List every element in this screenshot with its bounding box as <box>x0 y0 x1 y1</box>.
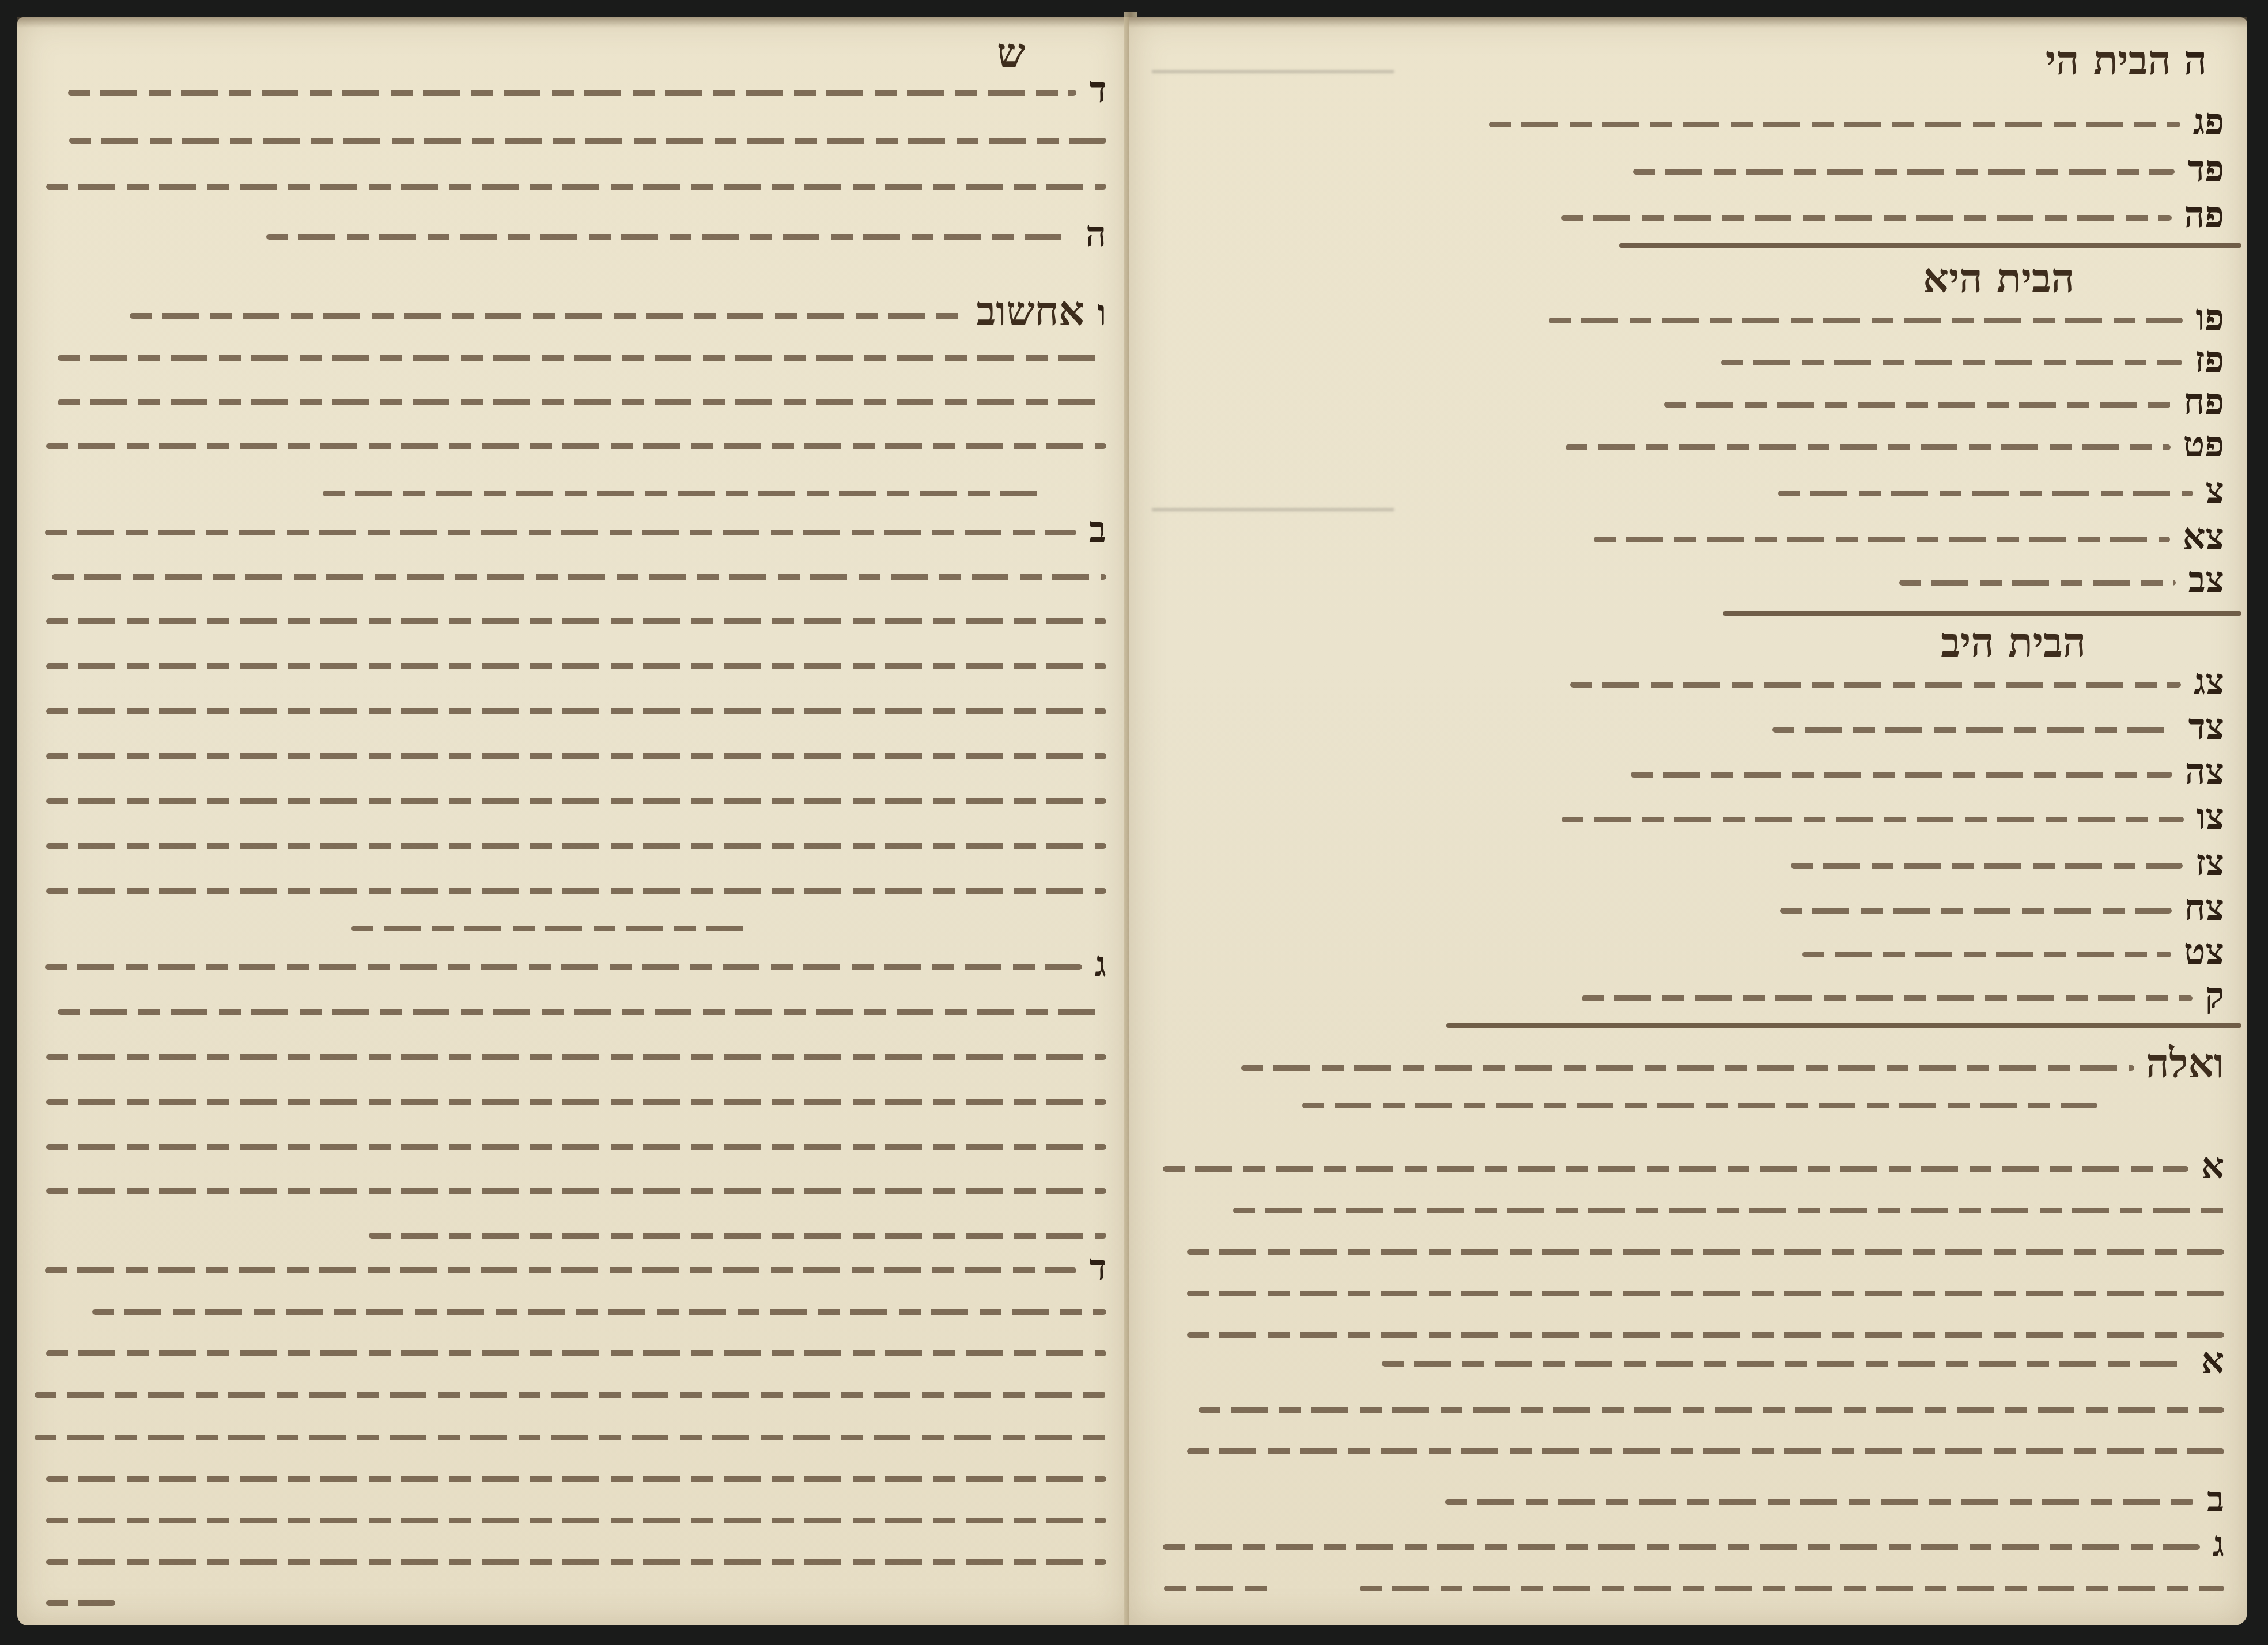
text-line <box>1187 1231 2224 1267</box>
text-line: ה <box>266 216 1106 252</box>
text-line: ג <box>1163 1526 2224 1562</box>
text-line <box>46 870 1106 906</box>
text-line <box>46 1036 1106 1072</box>
table-row: פח <box>1664 384 2224 420</box>
text-line <box>35 1374 1106 1410</box>
text-line <box>46 1333 1106 1368</box>
table-row: פז <box>1721 342 2224 378</box>
bleed-through: ──────────── <box>1152 490 1394 529</box>
text-line <box>46 1500 1106 1535</box>
table-row: צז <box>1791 845 2224 881</box>
text-line: א <box>1163 1148 2224 1184</box>
text-line <box>1187 1431 2224 1466</box>
text-line <box>46 601 1106 636</box>
text-line: ד <box>45 1250 1106 1285</box>
table-row: צט <box>1802 934 2224 969</box>
table-row: צא <box>1594 519 2224 554</box>
section-heading: הבית היב <box>1941 622 2086 663</box>
text-line <box>35 1417 1106 1452</box>
table-row: צח <box>1780 890 2224 926</box>
table-row: פג <box>1489 104 2224 139</box>
text-line <box>58 382 1106 417</box>
section-divider <box>1619 243 2241 248</box>
left-page: ש ד ה ואחשוב ב ג ד <box>17 17 1129 1625</box>
section-heading: ההבית הי <box>2046 40 2207 81</box>
table-row: צב <box>1899 562 2224 598</box>
text-line: א <box>1382 1343 2224 1379</box>
catchword <box>1164 1568 1268 1604</box>
text-line <box>1187 1273 2224 1308</box>
text-line <box>1360 1568 2224 1604</box>
text-line <box>351 908 755 944</box>
bold-first-word: אחשוב <box>977 287 1085 335</box>
catchword <box>46 1582 115 1618</box>
table-row: פט <box>1566 427 2224 462</box>
right-page: ──────────── ──────────── ההבית הי פג פד… <box>1129 17 2247 1625</box>
table-row: צ <box>1778 473 2224 508</box>
text-line <box>46 1126 1106 1162</box>
text-line: ג <box>45 946 1106 982</box>
table-row: ק <box>1582 978 2224 1013</box>
text-line <box>69 120 1106 156</box>
text-line <box>1302 1085 2097 1120</box>
text-line <box>46 825 1106 861</box>
page-edge-shadow <box>17 17 1129 28</box>
text-line: ואחשוב <box>130 291 1106 331</box>
section-heading: הבית היא <box>1923 258 2074 299</box>
text-line: ב <box>45 512 1106 548</box>
text-line <box>58 337 1106 373</box>
text-line: ד <box>68 72 1106 108</box>
section-divider <box>1723 611 2241 616</box>
bleed-through: ──────────── <box>1152 52 1394 91</box>
text-line <box>46 1458 1106 1494</box>
text-line <box>46 780 1106 816</box>
text-line: ב <box>1445 1481 2224 1517</box>
text-line <box>46 1541 1106 1577</box>
folio-mark: ש <box>997 29 1026 77</box>
page-edge-shadow <box>1129 17 2247 28</box>
text-line <box>46 166 1106 202</box>
text-line: ואלה <box>1241 1043 2224 1084</box>
section-divider <box>1446 1023 2241 1028</box>
text-line <box>46 1170 1106 1206</box>
table-row: פו <box>1549 300 2224 335</box>
table-row: צד <box>1772 709 2224 745</box>
text-line <box>46 735 1106 771</box>
table-row: צה <box>1631 754 2224 790</box>
text-line <box>58 991 1106 1027</box>
text-line <box>323 473 1043 508</box>
text-line <box>1233 1190 2224 1225</box>
table-row: צג <box>1570 664 2224 700</box>
table-row: פה <box>1561 197 2224 233</box>
text-line <box>92 1291 1106 1327</box>
text-line <box>46 1081 1106 1117</box>
table-row: צו <box>1562 799 2224 835</box>
table-row: פד <box>1633 151 2224 187</box>
text-line <box>1199 1389 2224 1425</box>
text-line <box>52 556 1106 592</box>
text-line <box>369 1215 1106 1251</box>
text-line <box>46 646 1106 681</box>
text-line <box>46 425 1106 461</box>
text-line <box>46 691 1106 726</box>
